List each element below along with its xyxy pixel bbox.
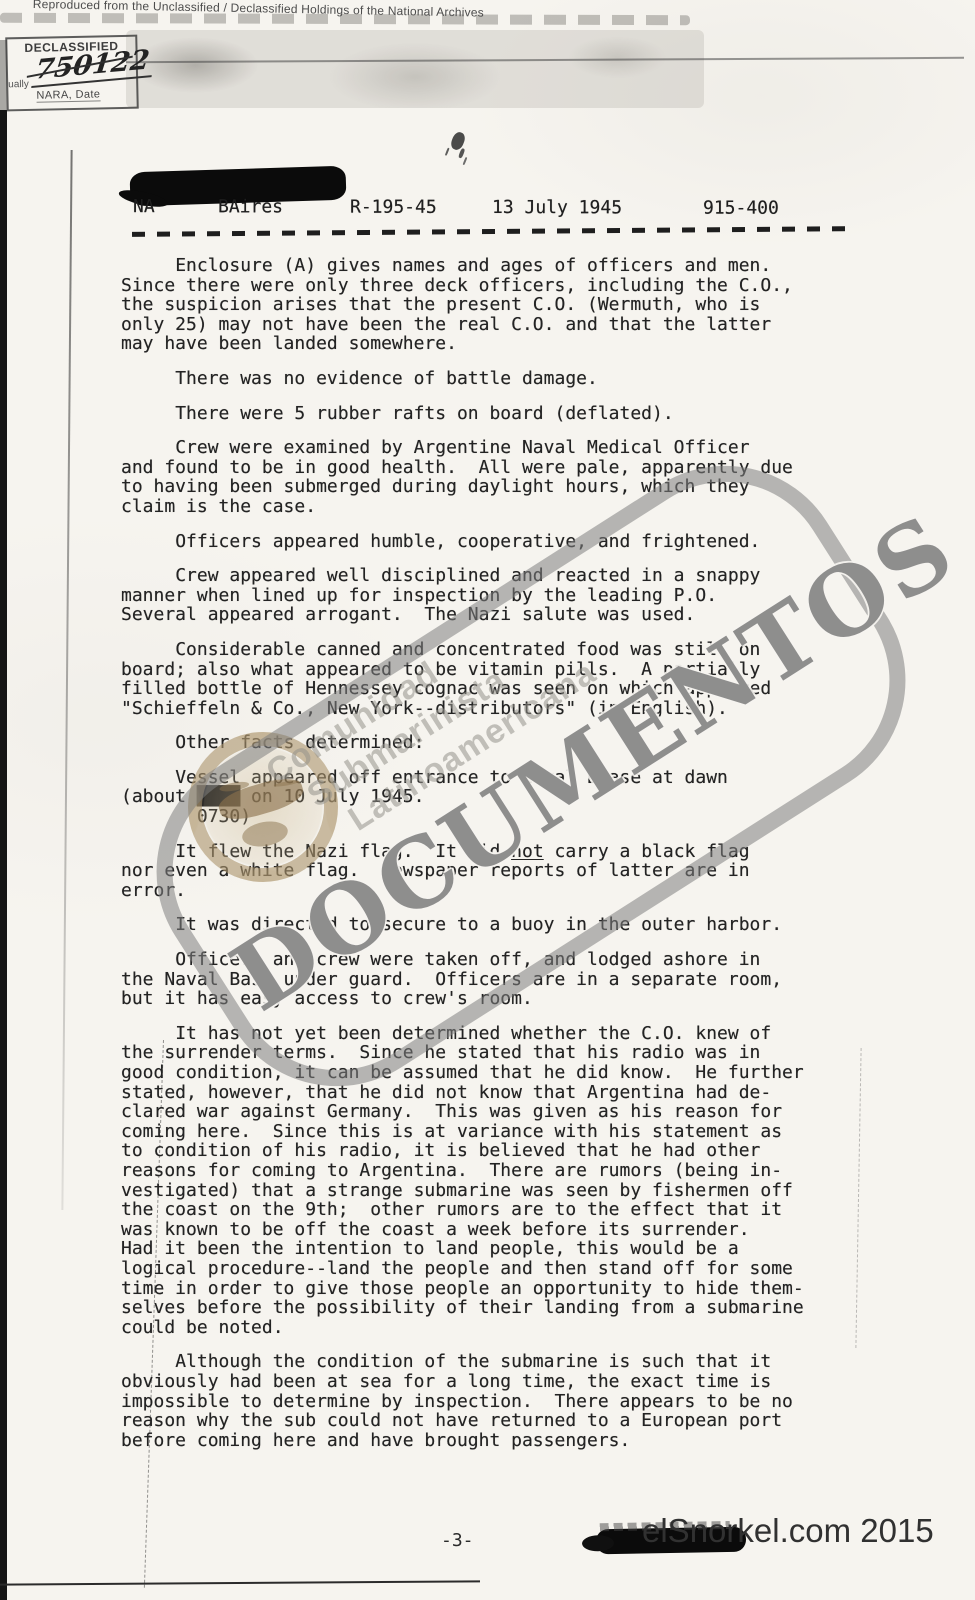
scan-left-edge-bar — [0, 40, 7, 1600]
declassified-stamp: DECLASSIFIED 750122 ually NARA, Date — [5, 35, 139, 112]
scan-noise-patch — [126, 30, 704, 108]
paragraph-surrender-analysis: It has not yet been determined whether t… — [121, 1024, 869, 1338]
declassified-stamp-authority-fragment: ually — [8, 79, 29, 90]
header-station: BAires — [218, 196, 283, 217]
header-org: NA — [133, 196, 155, 217]
paragraph-rubber-rafts: There were 5 rubber rafts on board (defl… — [121, 404, 869, 424]
page-number: -3- — [441, 1530, 474, 1551]
paragraph-battle-damage: There was no evidence of battle damage. — [121, 369, 869, 389]
header-date: 13 July 1945 — [492, 197, 622, 218]
ink-smudge — [449, 130, 467, 151]
paragraph-food: Considerable canned and concentrated foo… — [121, 640, 869, 718]
scanned-document-page: Reproduced from the Unclassified / Decla… — [0, 0, 975, 1600]
header-report-number: R-195-45 — [350, 197, 437, 218]
declassified-stamp-nara-label: NARA, Date — [36, 88, 100, 102]
paragraph-lodged-ashore: Officers and crew were taken off, and lo… — [121, 950, 869, 1009]
paragraph-buoy: It was directed to secure to a buoy in t… — [121, 915, 869, 935]
paper-edge-line — [61, 150, 72, 1210]
paragraph-crew-examined: Crew were examined by Argentine Naval Me… — [121, 438, 869, 516]
site-credit-watermark: elSnorkel.com 2015 — [642, 1512, 934, 1550]
paragraph-enclosure: Enclosure (A) gives names and ages of of… — [121, 256, 869, 354]
paragraph-crew-disciplined: Crew appeared well disciplined and react… — [121, 566, 869, 625]
paragraph-officers-humble: Officers appeared humble, cooperative, a… — [121, 532, 869, 552]
header-file-number: 915-400 — [703, 198, 779, 219]
report-header-row: NA BAires R-195-45 13 July 1945 915-400 — [0, 196, 975, 223]
dashed-rule — [132, 226, 856, 237]
bottom-rule-line — [0, 1580, 480, 1585]
elsnorkel-logo-emblem — [188, 732, 338, 882]
paragraph-condition: Although the condition of the submarine … — [121, 1352, 869, 1450]
